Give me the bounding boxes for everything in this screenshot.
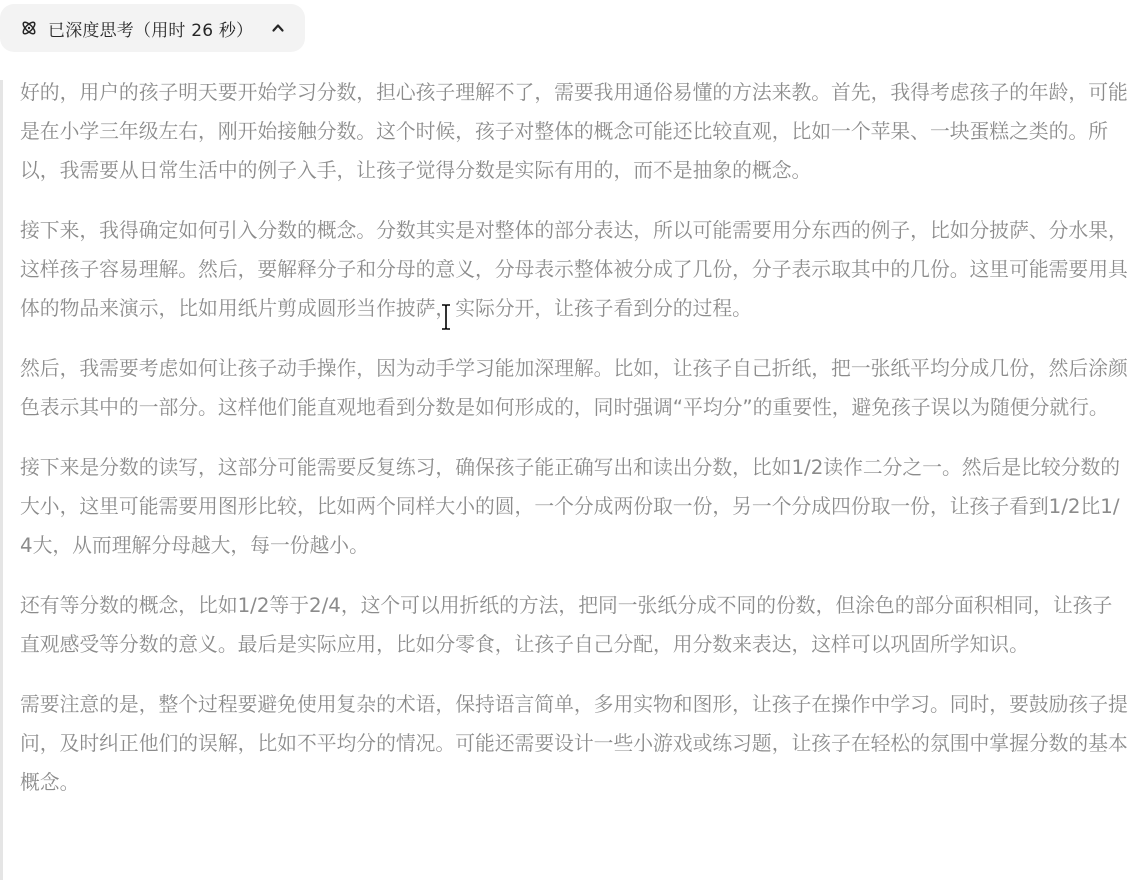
text-cursor-icon (440, 304, 452, 330)
thinking-paragraph: 然后，我需要考虑如何让孩子动手操作，因为动手学习能加深理解。比如，让孩子自己折纸… (20, 349, 1128, 427)
thinking-paragraph: 好的，用户的孩子明天要开始学习分数，担心孩子理解不了，需要我用通俗易懂的方法来教… (20, 73, 1128, 190)
chevron-up-icon (271, 21, 285, 35)
thinking-paragraph: 需要注意的是，整个过程要避免使用复杂的术语，保持语言简单，多用实物和图形，让孩子… (20, 685, 1128, 802)
deep-thinking-toggle[interactable]: 已深度思考（用时 26 秒） (0, 4, 305, 52)
thinking-content: 好的，用户的孩子明天要开始学习分数，担心孩子理解不了，需要我用通俗易懂的方法来教… (0, 80, 1128, 880)
thinking-paragraph: 还有等分数的概念，比如1/2等于2/4，这个可以用折纸的方法，把同一张纸分成不同… (20, 586, 1128, 664)
thinking-paragraph: 接下来，我得确定如何引入分数的概念。分数其实是对整体的部分表达，所以可能需要用分… (20, 211, 1128, 328)
atom-icon (20, 19, 38, 37)
thinking-paragraph: 接下来是分数的读写，这部分可能需要反复练习，确保孩子能正确写出和读出分数，比如1… (20, 448, 1128, 565)
thinking-duration-label: 已深度思考（用时 26 秒） (48, 16, 253, 41)
